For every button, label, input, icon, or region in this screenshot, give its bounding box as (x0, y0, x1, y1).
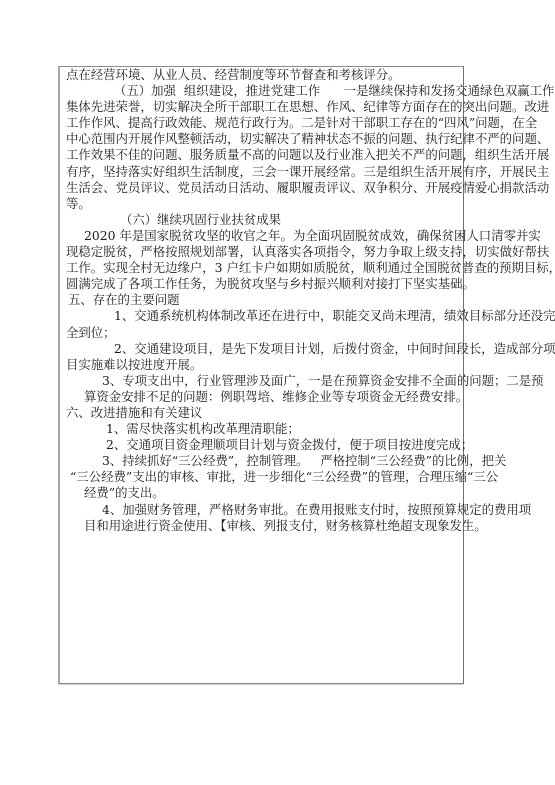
list-item-problem-1: 1、交通系统机构体制改革还在进行中，职能交叉尚未理清，绩效目标部分还没完 (66, 308, 462, 324)
list-item-problem-3: 3、专项支出中，行业管理涉及面广，一是在预算资金安排不全面的问题；二是预 (66, 373, 462, 389)
paragraph-line: 工作。实现全村无边缘户，3 户红卡户如期如质脱贫，顺利通过全国脱贫普查的预期目标… (66, 260, 462, 276)
paragraph-line: 中心范围内开展作风整顿活动，切实解决了精神状态不振的问题、执行纪律不严的问题、 (66, 131, 462, 147)
paragraph-line: 算资金安排不足的问题：例职驾培、维修企业等专项资金无经费安排。 (66, 389, 462, 405)
document-table-cell: 点在经营环境、从业人员、经营制度等环节督查和考核评分。 （五）加强 组织建设，推… (58, 66, 464, 684)
paragraph-line: 全到位； (66, 325, 462, 341)
section-heading-six-poverty-alleviation: （六）继续巩固行业扶贫成果 (66, 212, 462, 228)
list-item-measure-4: 4、加强财务管理，严格财务审批。在费用报账支付时，按照预算规定的费用项 (66, 502, 462, 518)
paragraph-line: 有序，坚持落实好组织生活制度，三会一课开展经常。三是组织生活开展有序，开展民主 (66, 164, 462, 180)
paragraph-line: 工作效果不佳的问题、服务质量不高的问题以及行业准入把关不严的问题，组织生活开展 (66, 147, 462, 163)
paragraph-line: 2020 年是国家脱贫攻坚的收官之年。为全面巩固脱贫成效，确保贫困人口清零并实 (66, 228, 462, 244)
list-item-measure-3: 3、持续抓好“三公经费”，控制管理。 严格控制“三公经费”的比例，把关 (66, 453, 462, 469)
document-page: 点在经营环境、从业人员、经营制度等环节督查和考核评分。 （五）加强 组织建设，推… (0, 0, 555, 785)
section-heading-main-problems: 五、存在的主要问题 (66, 292, 462, 308)
paragraph-line: 生活会、党员评议、党员活动日活动、履职履责评议、双争积分、开展疫情爱心捐款活动 (66, 180, 462, 196)
list-item-measure-1: 1、需尽快落实机构改革理清职能； (66, 421, 462, 437)
section-heading-five-party-building: （五）加强 组织建设，推进党建工作 一是继续保持和发扬交通绿色双赢工作的 (66, 83, 462, 99)
list-item-problem-2: 2、交通建设项目，是先下发项目计划，后拨付资金，中间时间段长，造成部分项 (66, 341, 462, 357)
section-heading-improvement-measures: 六、改进措施和有关建议 (66, 405, 462, 421)
paragraph-line: 点在经营环境、从业人员、经营制度等环节督查和考核评分。 (66, 67, 462, 83)
paragraph-line: 工作作风、提高行政效能、规范行政行为。二是针对干部职工存在的“四风”问题，在全 (66, 115, 462, 131)
paragraph-line: 集体先进荣誉，切实解决全所干部职工在思想、作风、纪律等方面存在的突出问题。改进 (66, 99, 462, 115)
paragraph-line: 目实施难以按进度开展。 (66, 357, 462, 373)
paragraph-line: 经费”的支出。 (66, 485, 462, 501)
paragraph-line: “三公经费”支出的审核、审批，进一步细化“三公经费”的管理，合理压缩“三公 (66, 469, 462, 485)
paragraph-line: 目和用途进行资金使用、【审核、列报支付，财务核算杜绝超支现象发生。 (66, 518, 462, 534)
paragraph-line: 现稳定脱贫，严格按照规划部署，认真落实各项指令，努力争取上级支持，切实做好帮扶 (66, 244, 462, 260)
paragraph-line: 圆满完成了各项工作任务，为脱贫攻坚与乡村振兴顺利对接打下坚实基础。 (66, 276, 462, 292)
paragraph-line: 等。 (66, 196, 462, 212)
list-item-measure-2: 2、交通项目资金理顺项目计划与资金拨付，便于项目按进度完成； (66, 437, 462, 453)
document-body: 点在经营环境、从业人员、经营制度等环节督查和考核评分。 （五）加强 组织建设，推… (66, 67, 462, 534)
